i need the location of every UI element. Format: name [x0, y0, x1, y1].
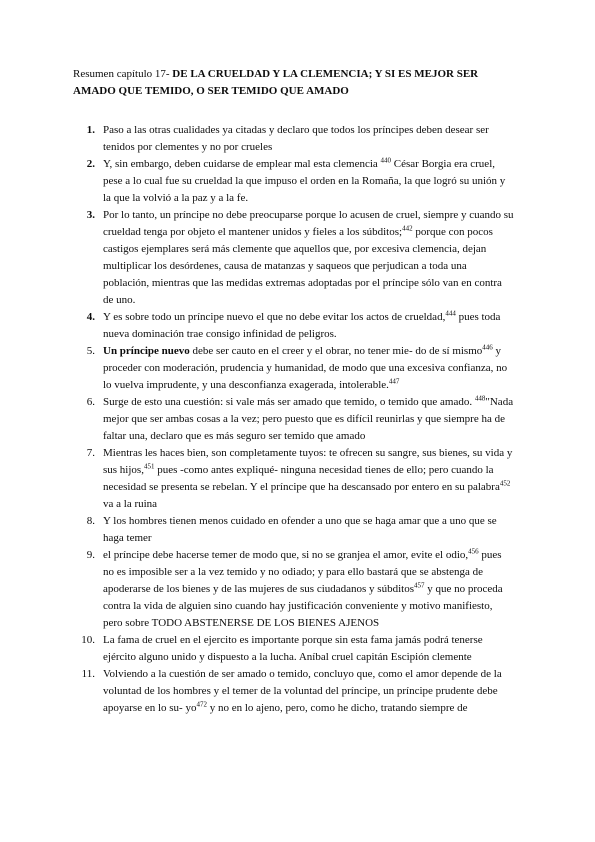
footnote-reference: 446	[482, 343, 493, 351]
text-segment: Surge de esto una cuestión: si vale más …	[103, 396, 475, 408]
list-item: 10.La fama de cruel en el ejercito es im…	[73, 632, 514, 666]
footnote-reference: 457	[414, 581, 425, 589]
footnote-reference: 442	[402, 224, 413, 232]
item-number: 8.	[73, 513, 95, 530]
text-segment: Paso a las otras cualidades ya citadas y…	[103, 124, 489, 153]
text-segment: La fama de cruel en el ejercito es impor…	[103, 634, 483, 663]
item-text: Un príncipe nuevo debe ser cauto en el c…	[103, 345, 507, 391]
summary-list: 1.Paso a las otras cualidades ya citadas…	[73, 122, 514, 717]
footnote-reference: 440	[381, 156, 392, 164]
text-segment: debe ser cauto en el creer y el obrar, n…	[190, 345, 482, 357]
item-text: Surge de esto una cuestión: si vale más …	[103, 396, 513, 442]
item-text: Por lo tanto, un príncipe no debe preocu…	[103, 209, 514, 306]
text-segment: Un príncipe nuevo	[103, 345, 190, 357]
item-number: 7.	[73, 445, 95, 462]
item-number: 5.	[73, 343, 95, 360]
list-item: 3.Por lo tanto, un príncipe no debe preo…	[73, 207, 514, 309]
footnote-reference: 447	[389, 377, 400, 385]
item-number: 4.	[73, 309, 95, 326]
item-text: Y los hombres tienen menos cuidado en of…	[103, 515, 497, 544]
list-item: 1.Paso a las otras cualidades ya citadas…	[73, 122, 514, 156]
text-segment: Y es sobre todo un príncipe nuevo el que…	[103, 311, 445, 323]
footnote-reference: 472	[196, 700, 207, 708]
item-number: 9.	[73, 547, 95, 564]
text-segment: Y, sin embargo, deben cuidarse de emplea…	[103, 158, 381, 170]
item-number: 11.	[73, 666, 95, 683]
item-text: Y, sin embargo, deben cuidarse de emplea…	[103, 158, 505, 204]
item-text: La fama de cruel en el ejercito es impor…	[103, 634, 483, 663]
item-text: Volviendo a la cuestión de ser amado o t…	[103, 668, 502, 714]
text-segment: y no en lo ajeno, pero, como he dicho, t…	[207, 702, 468, 714]
list-item: 9.el príncipe debe hacerse temer de modo…	[73, 547, 514, 632]
footnote-reference: 448	[475, 394, 486, 402]
footnote-reference: 452	[500, 479, 511, 487]
list-item: 11.Volviendo a la cuestión de ser amado …	[73, 666, 514, 717]
footnote-reference: 456	[468, 547, 479, 555]
page-title: Resumen capítulo 17- DE LA CRUELDAD Y LA…	[73, 66, 514, 100]
list-item: 8.Y los hombres tienen menos cuidado en …	[73, 513, 514, 547]
item-text: el príncipe debe hacerse temer de modo q…	[103, 549, 503, 629]
text-segment: va a la ruina	[103, 498, 157, 510]
list-item: 2.Y, sin embargo, deben cuidarse de empl…	[73, 156, 514, 207]
list-item: 5.Un príncipe nuevo debe ser cauto en el…	[73, 343, 514, 394]
item-number: 10.	[73, 632, 95, 649]
title-prefix: Resumen capítulo 17-	[73, 68, 172, 80]
text-segment: pues -como antes expliqué- ninguna neces…	[103, 464, 500, 493]
item-text: Y es sobre todo un príncipe nuevo el que…	[103, 311, 500, 340]
list-item: 4.Y es sobre todo un príncipe nuevo el q…	[73, 309, 514, 343]
item-number: 2.	[73, 156, 95, 173]
footnote-reference: 444	[445, 309, 456, 317]
item-number: 3.	[73, 207, 95, 224]
text-segment: porque con pocos castigos ejemplares ser…	[103, 226, 502, 306]
list-item: 6.Surge de esto una cuestión: si vale má…	[73, 394, 514, 445]
list-item: 7.Mientras les haces bien, son completam…	[73, 445, 514, 513]
item-text: Paso a las otras cualidades ya citadas y…	[103, 124, 489, 153]
item-text: Mientras les haces bien, son completamen…	[103, 447, 512, 510]
document-page: { "page": { "background_color": "#ffffff…	[0, 0, 595, 842]
text-segment: Y los hombres tienen menos cuidado en of…	[103, 515, 497, 544]
text-segment: el príncipe debe hacerse temer de modo q…	[103, 549, 468, 561]
item-number: 1.	[73, 122, 95, 139]
footnote-reference: 451	[144, 462, 155, 470]
item-number: 6.	[73, 394, 95, 411]
page-content: Resumen capítulo 17- DE LA CRUELDAD Y LA…	[73, 66, 514, 717]
